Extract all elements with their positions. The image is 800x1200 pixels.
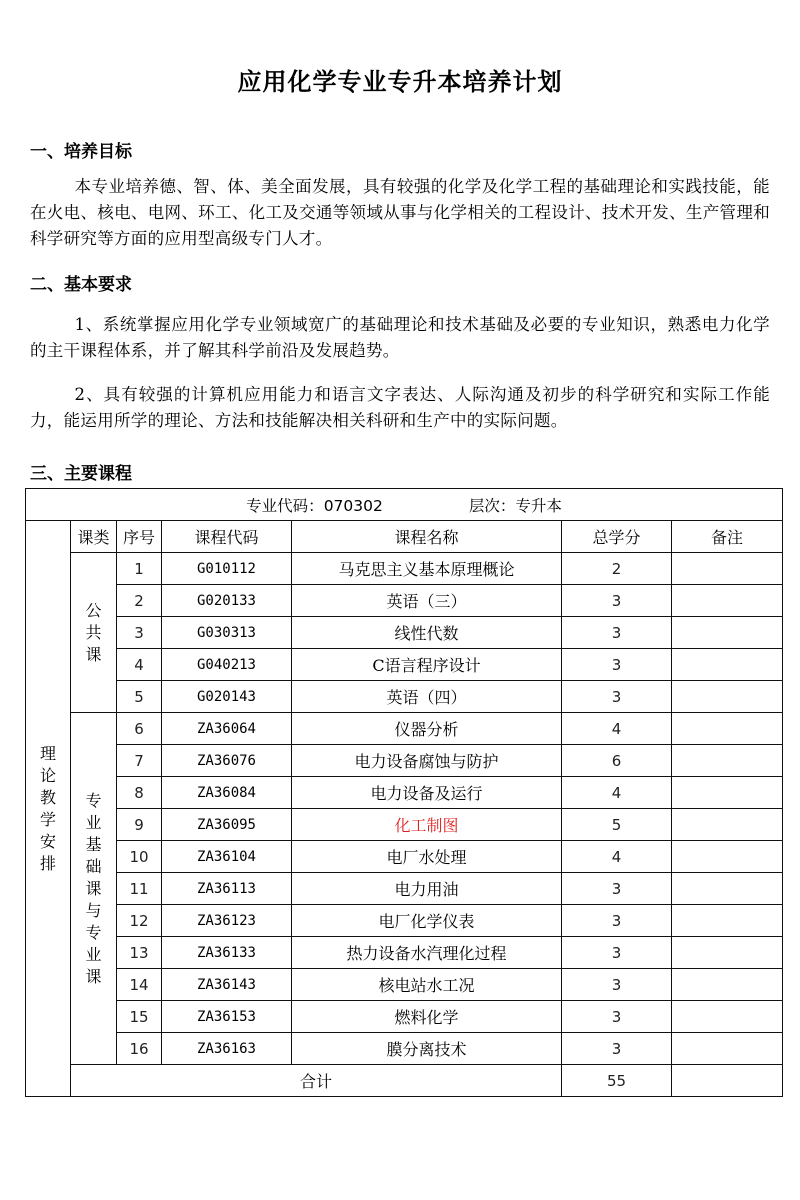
course-code: ZA36143 <box>162 969 292 1001</box>
row-no: 11 <box>117 873 162 905</box>
course-note <box>672 617 783 649</box>
section-label-cell: 理论教学安排 <box>26 521 71 1097</box>
course-note <box>672 969 783 1001</box>
course-note <box>672 1033 783 1065</box>
objectives-paragraph: 本专业培养德、智、体、美全面发展，具有较强的化学及化学工程的基础理论和实践技能，… <box>30 174 770 252</box>
course-code: ZA36084 <box>162 777 292 809</box>
row-no: 8 <box>117 777 162 809</box>
course-note <box>672 745 783 777</box>
table-row: 11ZA36113电力用油3 <box>26 873 783 905</box>
course-code: ZA36064 <box>162 713 292 745</box>
course-code: ZA36123 <box>162 905 292 937</box>
total-credits: 55 <box>562 1065 672 1097</box>
course-credits: 4 <box>562 777 672 809</box>
course-code: G020143 <box>162 681 292 713</box>
course-name: 电力设备腐蚀与防护 <box>292 745 562 777</box>
course-note <box>672 809 783 841</box>
requirement-paragraph-2: 2、具有较强的计算机应用能力和语言文字表达、人际沟通及初步的科学研究和实际工作能… <box>30 382 770 434</box>
course-name: 电力用油 <box>292 873 562 905</box>
table-row: 15ZA36153燃料化学3 <box>26 1001 783 1033</box>
section-label: 理论教学安排 <box>40 743 56 875</box>
course-code: ZA36076 <box>162 745 292 777</box>
table-row: 14ZA36143核电站水工况3 <box>26 969 783 1001</box>
total-label: 合计 <box>71 1065 562 1097</box>
course-name: 电厂化学仪表 <box>292 905 562 937</box>
table-info-row: 专业代码：070302层次：专升本 <box>26 489 783 521</box>
table-row: 3G030313线性代数3 <box>26 617 783 649</box>
table-row: 公共课1G010112马克思主义基本原理概论2 <box>26 553 783 585</box>
course-name: 英语（三） <box>292 585 562 617</box>
header-no: 序号 <box>117 521 162 553</box>
course-note <box>672 777 783 809</box>
row-no: 10 <box>117 841 162 873</box>
category-cell: 公共课 <box>71 553 117 713</box>
table-row: 16ZA36163膜分离技术3 <box>26 1033 783 1065</box>
course-note <box>672 649 783 681</box>
row-no: 3 <box>117 617 162 649</box>
section-heading-courses: 三、主要课程 <box>30 459 132 484</box>
header-note: 备注 <box>672 521 783 553</box>
course-credits: 3 <box>562 1001 672 1033</box>
course-name: 电力设备及运行 <box>292 777 562 809</box>
table-row: 2G020133英语（三）3 <box>26 585 783 617</box>
row-no: 14 <box>117 969 162 1001</box>
major-info-cell: 专业代码：070302层次：专升本 <box>26 489 783 521</box>
course-credits: 6 <box>562 745 672 777</box>
course-code: ZA36113 <box>162 873 292 905</box>
course-note <box>672 873 783 905</box>
course-note <box>672 905 783 937</box>
course-code: G040213 <box>162 649 292 681</box>
course-code: G020133 <box>162 585 292 617</box>
row-no: 6 <box>117 713 162 745</box>
course-code: ZA36104 <box>162 841 292 873</box>
course-code: ZA36095 <box>162 809 292 841</box>
total-note <box>672 1065 783 1097</box>
course-note <box>672 937 783 969</box>
table-row: 12ZA36123电厂化学仪表3 <box>26 905 783 937</box>
course-credits: 5 <box>562 809 672 841</box>
section-heading-requirements: 二、基本要求 <box>30 270 132 295</box>
course-credits: 2 <box>562 553 672 585</box>
course-name: 英语（四） <box>292 681 562 713</box>
table-row: 5G020143英语（四）3 <box>26 681 783 713</box>
course-note <box>672 553 783 585</box>
header-category: 课类 <box>71 521 117 553</box>
course-code: ZA36163 <box>162 1033 292 1065</box>
row-no: 15 <box>117 1001 162 1033</box>
course-name: 马克思主义基本原理概论 <box>292 553 562 585</box>
course-credits: 4 <box>562 841 672 873</box>
course-name: 膜分离技术 <box>292 1033 562 1065</box>
course-name: 化工制图 <box>292 809 562 841</box>
course-credits: 3 <box>562 905 672 937</box>
row-no: 1 <box>117 553 162 585</box>
course-plan-table: 专业代码：070302层次：专升本 理论教学安排 课类 序号 课程代码 课程名称… <box>25 488 783 1097</box>
course-name: 热力设备水汽理化过程 <box>292 937 562 969</box>
row-no: 7 <box>117 745 162 777</box>
level-value: 专升本 <box>515 497 562 515</box>
course-credits: 4 <box>562 713 672 745</box>
course-credits: 3 <box>562 937 672 969</box>
course-note <box>672 1001 783 1033</box>
course-code: ZA36133 <box>162 937 292 969</box>
course-name: 核电站水工况 <box>292 969 562 1001</box>
course-credits: 3 <box>562 873 672 905</box>
category-cell: 专业基础课与专业课 <box>71 713 117 1065</box>
course-name: 燃料化学 <box>292 1001 562 1033</box>
table-header-row: 理论教学安排 课类 序号 课程代码 课程名称 总学分 备注 <box>26 521 783 553</box>
level-label: 层次： <box>469 497 516 515</box>
page-title: 应用化学专业专升本培养计划 <box>0 62 800 97</box>
row-no: 4 <box>117 649 162 681</box>
course-code: G010112 <box>162 553 292 585</box>
course-name: 仪器分析 <box>292 713 562 745</box>
course-credits: 3 <box>562 585 672 617</box>
course-note <box>672 841 783 873</box>
major-code: 070302 <box>324 497 383 515</box>
section-heading-objectives: 一、培养目标 <box>30 137 132 162</box>
header-credits: 总学分 <box>562 521 672 553</box>
course-credits: 3 <box>562 1033 672 1065</box>
table-row: 专业基础课与专业课6ZA36064仪器分析4 <box>26 713 783 745</box>
requirement-paragraph-1: 1、系统掌握应用化学专业领域宽广的基础理论和技术基础及必要的专业知识，熟悉电力化… <box>30 312 770 364</box>
table-row: 13ZA36133热力设备水汽理化过程3 <box>26 937 783 969</box>
category-label: 公共课 <box>86 600 102 666</box>
row-no: 5 <box>117 681 162 713</box>
course-code: ZA36153 <box>162 1001 292 1033</box>
course-name: 电厂水处理 <box>292 841 562 873</box>
table-row: 4G040213C语言程序设计3 <box>26 649 783 681</box>
total-row: 合计 55 <box>26 1065 783 1097</box>
header-name: 课程名称 <box>292 521 562 553</box>
row-no: 16 <box>117 1033 162 1065</box>
row-no: 9 <box>117 809 162 841</box>
table-row: 7ZA36076电力设备腐蚀与防护6 <box>26 745 783 777</box>
course-note <box>672 713 783 745</box>
course-note <box>672 681 783 713</box>
row-no: 2 <box>117 585 162 617</box>
course-code: G030313 <box>162 617 292 649</box>
table-row: 8ZA36084电力设备及运行4 <box>26 777 783 809</box>
course-credits: 3 <box>562 969 672 1001</box>
course-credits: 3 <box>562 617 672 649</box>
course-credits: 3 <box>562 681 672 713</box>
category-label: 专业基础课与专业课 <box>86 790 102 988</box>
row-no: 12 <box>117 905 162 937</box>
course-credits: 3 <box>562 649 672 681</box>
table-row: 10ZA36104电厂水处理4 <box>26 841 783 873</box>
header-code: 课程代码 <box>162 521 292 553</box>
course-name: 线性代数 <box>292 617 562 649</box>
major-code-label: 专业代码： <box>246 497 324 515</box>
row-no: 13 <box>117 937 162 969</box>
table-row: 9ZA36095化工制图5 <box>26 809 783 841</box>
course-note <box>672 585 783 617</box>
course-name: C语言程序设计 <box>292 649 562 681</box>
